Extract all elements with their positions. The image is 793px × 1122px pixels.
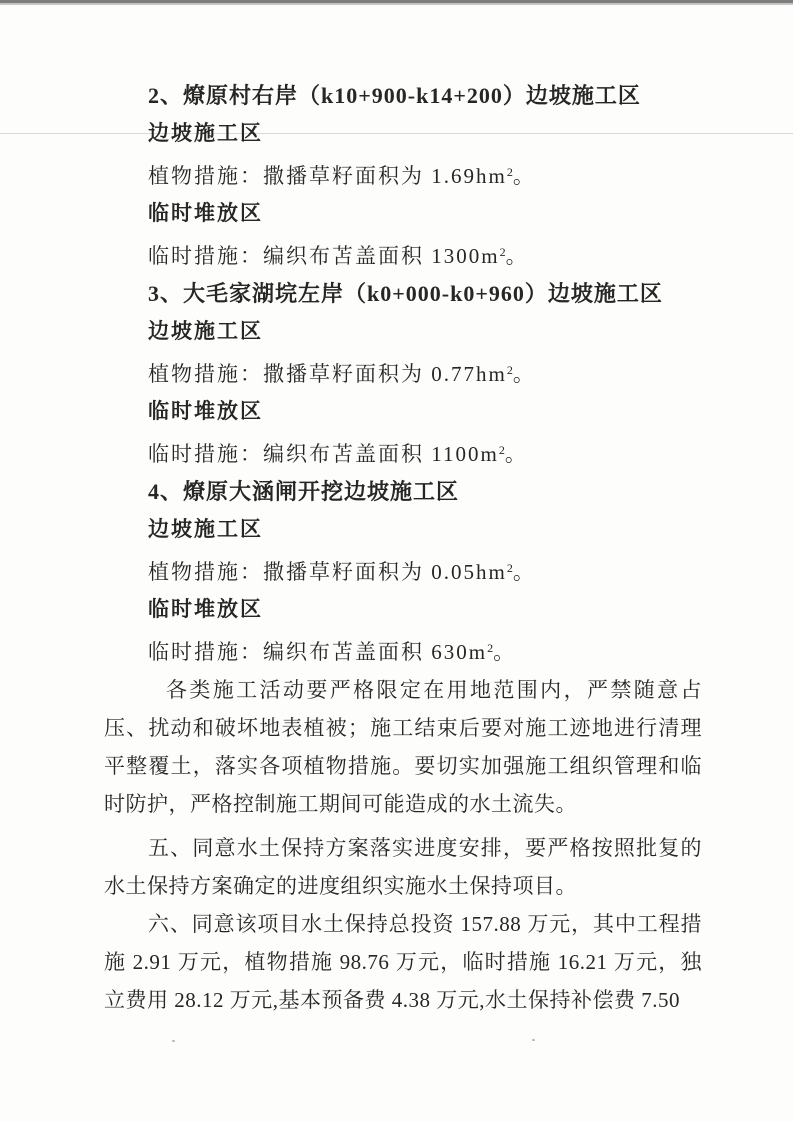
measure-period: 。 [513, 164, 536, 188]
section-3-temp-zone-subheading: 临时堆放区 [104, 393, 702, 431]
section-2-plant-measure-line: 植物措施：撒播草籽面积为 1.69hm2。 [104, 153, 702, 195]
paragraph-construction-control: 各类施工活动要严格限定在用地范围内，严禁随意占压、扰动和破坏地表植被；施工结束后… [104, 671, 702, 823]
section-4-temp-zone-subheading: 临时堆放区 [104, 591, 702, 629]
section-2-temp-measure-line: 临时措施：编织布苫盖面积 1300m2。 [104, 233, 702, 275]
section-4-plant-measure-line: 植物措施：撒播草籽面积为 0.05hm2。 [104, 549, 702, 591]
measure-text: 植物措施：撒播草籽面积为 0.77hm [148, 362, 507, 386]
measure-text: 临时措施：编织布苫盖面积 1100m [148, 442, 499, 466]
measure-period: 。 [513, 560, 536, 584]
paragraph-item-five: 五、同意水土保持方案落实进度安排，要严格按照批复的水土保持方案确定的进度组织实施… [104, 829, 702, 905]
paragraph-item-six: 六、同意该项目水土保持总投资 157.88 万元，其中工程措施 2.91 万元，… [104, 905, 702, 1019]
section-2-temp-zone-subheading: 临时堆放区 [104, 195, 702, 233]
scan-artifact-speck [532, 1039, 535, 1041]
section-3-heading: 3、大毛家湖垸左岸（k0+000-k0+960）边坡施工区 [104, 275, 702, 313]
scan-artifact-speck [172, 1040, 175, 1042]
document-page: 2、燎原村右岸（k10+900-k14+200）边坡施工区 边坡施工区 植物措施… [0, 0, 793, 1122]
measure-text: 植物措施：撒播草籽面积为 0.05hm [148, 560, 507, 584]
document-body: 2、燎原村右岸（k10+900-k14+200）边坡施工区 边坡施工区 植物措施… [104, 77, 702, 1019]
measure-text: 植物措施：撒播草籽面积为 1.69hm [148, 164, 507, 188]
section-3-plant-measure-line: 植物措施：撒播草籽面积为 0.77hm2。 [104, 351, 702, 393]
scan-artifact-top-edge-fade [0, 3, 793, 5]
section-4-slope-zone-subheading: 边坡施工区 [104, 511, 702, 549]
section-3-slope-zone-subheading: 边坡施工区 [104, 313, 702, 351]
section-4-heading: 4、燎原大涵闸开挖边坡施工区 [104, 473, 702, 511]
measure-period: 。 [513, 362, 536, 386]
section-4-temp-measure-line: 临时措施：编织布苫盖面积 630m2。 [104, 629, 702, 671]
measure-period: 。 [506, 244, 529, 268]
section-2-slope-zone-subheading: 边坡施工区 [104, 115, 702, 153]
section-3-temp-measure-line: 临时措施：编织布苫盖面积 1100m2。 [104, 431, 702, 473]
measure-text: 临时措施：编织布苫盖面积 630m [148, 640, 487, 664]
measure-period: 。 [493, 640, 516, 664]
section-2-heading: 2、燎原村右岸（k10+900-k14+200）边坡施工区 [104, 77, 702, 115]
measure-text: 临时措施：编织布苫盖面积 1300m [148, 244, 500, 268]
measure-period: 。 [505, 442, 528, 466]
